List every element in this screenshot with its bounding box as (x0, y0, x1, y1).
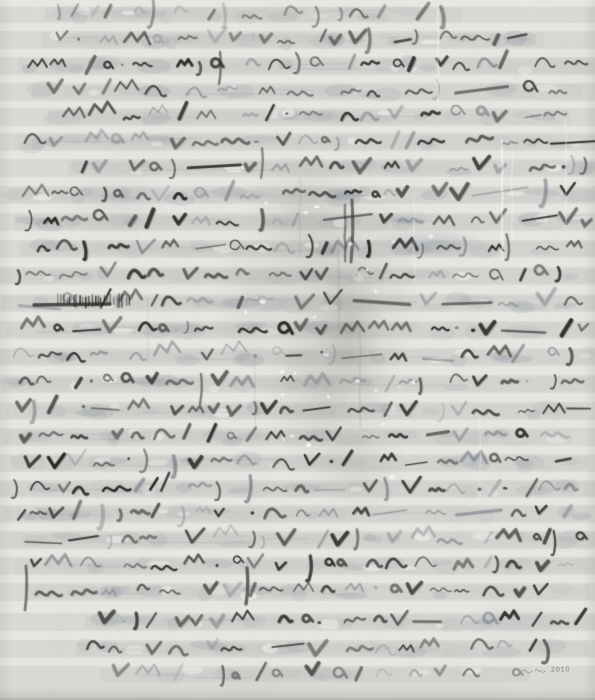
painting-canvas (0, 0, 595, 700)
artwork-photo: 2010 (0, 0, 595, 700)
